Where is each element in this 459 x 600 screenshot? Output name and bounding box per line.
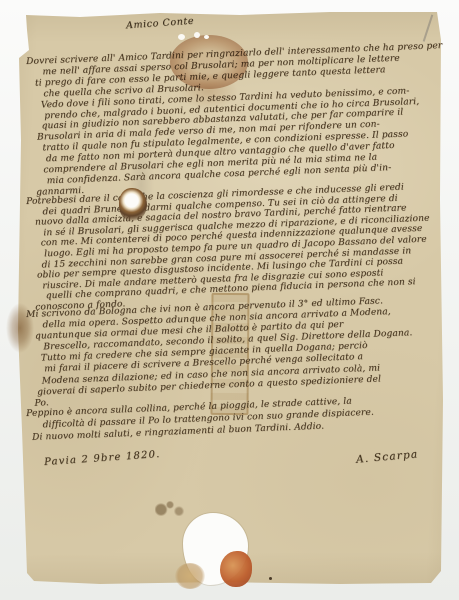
ink-burn-hole — [119, 188, 147, 221]
paper-speck — [178, 34, 185, 40]
seal-stain-specks — [170, 30, 248, 50]
paper-speck — [204, 35, 209, 39]
red-wax-remnant — [220, 551, 252, 587]
paragraph-3: Mi scrivono da Bologna che ivi non è anc… — [26, 295, 415, 410]
tan-smudge — [175, 563, 205, 589]
ink-speck — [269, 577, 272, 580]
brown-smudge-mark — [155, 500, 185, 516]
paper-speck — [194, 32, 200, 38]
letter-scan: Amico Conte Dovrei scrivere all' Amico T… — [0, 0, 459, 600]
torn-seal-hole — [183, 513, 248, 585]
left-edge-stain — [6, 303, 34, 353]
paragraph-2: Potrebbesi dare il caso che la coscienza… — [26, 182, 433, 314]
seal-stain-tail — [178, 72, 238, 110]
